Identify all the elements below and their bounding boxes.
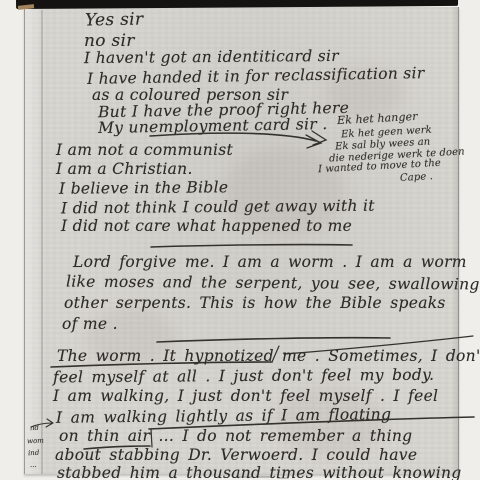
handwritten-line: stabbed him a thousand times without kno… — [57, 464, 461, 480]
handwritten-line: Yes sir — [85, 9, 144, 30]
handwritten-line: like moses and the serpent, you see, swa… — [66, 273, 480, 294]
handwritten-line: I am not a communist — [56, 141, 233, 159]
handwritten-line: The worm . It hypnotized me . Sometimes,… — [57, 347, 480, 365]
margin-scribble-line: wom — [27, 437, 44, 446]
handwritten-line: I believe in the Bible — [59, 178, 228, 197]
handwritten-line: feel myself at all . I just don't feel m… — [53, 366, 434, 387]
handwritten-line: I am a Christian. — [56, 160, 193, 178]
margin-scribble-line: nd — [30, 424, 40, 433]
margin-rule-line — [41, 10, 43, 474]
scanned-notebook-photo: Yes sir no sir I haven't got an identiti… — [0, 0, 480, 480]
handwritten-line: I haven't got an identiticard sir — [84, 47, 339, 67]
handwritten-line: I am walking, I just don't feel myself .… — [53, 387, 438, 405]
handwritten-line: I did not think I could get away with it — [61, 197, 375, 218]
margin-scribble-line: ... — [30, 461, 37, 469]
handwritten-line: Lord forgive me. I am a worm . I am a wo… — [73, 253, 467, 271]
handwritten-line: I am walking lightly as if I am floating — [56, 405, 391, 427]
handwritten-line: on thin air ... I do not remember a thin… — [59, 427, 412, 445]
handwritten-line: of me . — [62, 315, 118, 333]
handwritten-line: I did not care what happened to me — [61, 217, 352, 235]
margin-note-line: Cape . — [400, 171, 433, 184]
margin-scribble-line: ind — [28, 449, 40, 457]
handwritten-line: about stabbing Dr. Verwoerd. I could hav… — [55, 446, 417, 464]
handwritten-line: other serpents. This is how the Bible sp… — [64, 294, 446, 312]
